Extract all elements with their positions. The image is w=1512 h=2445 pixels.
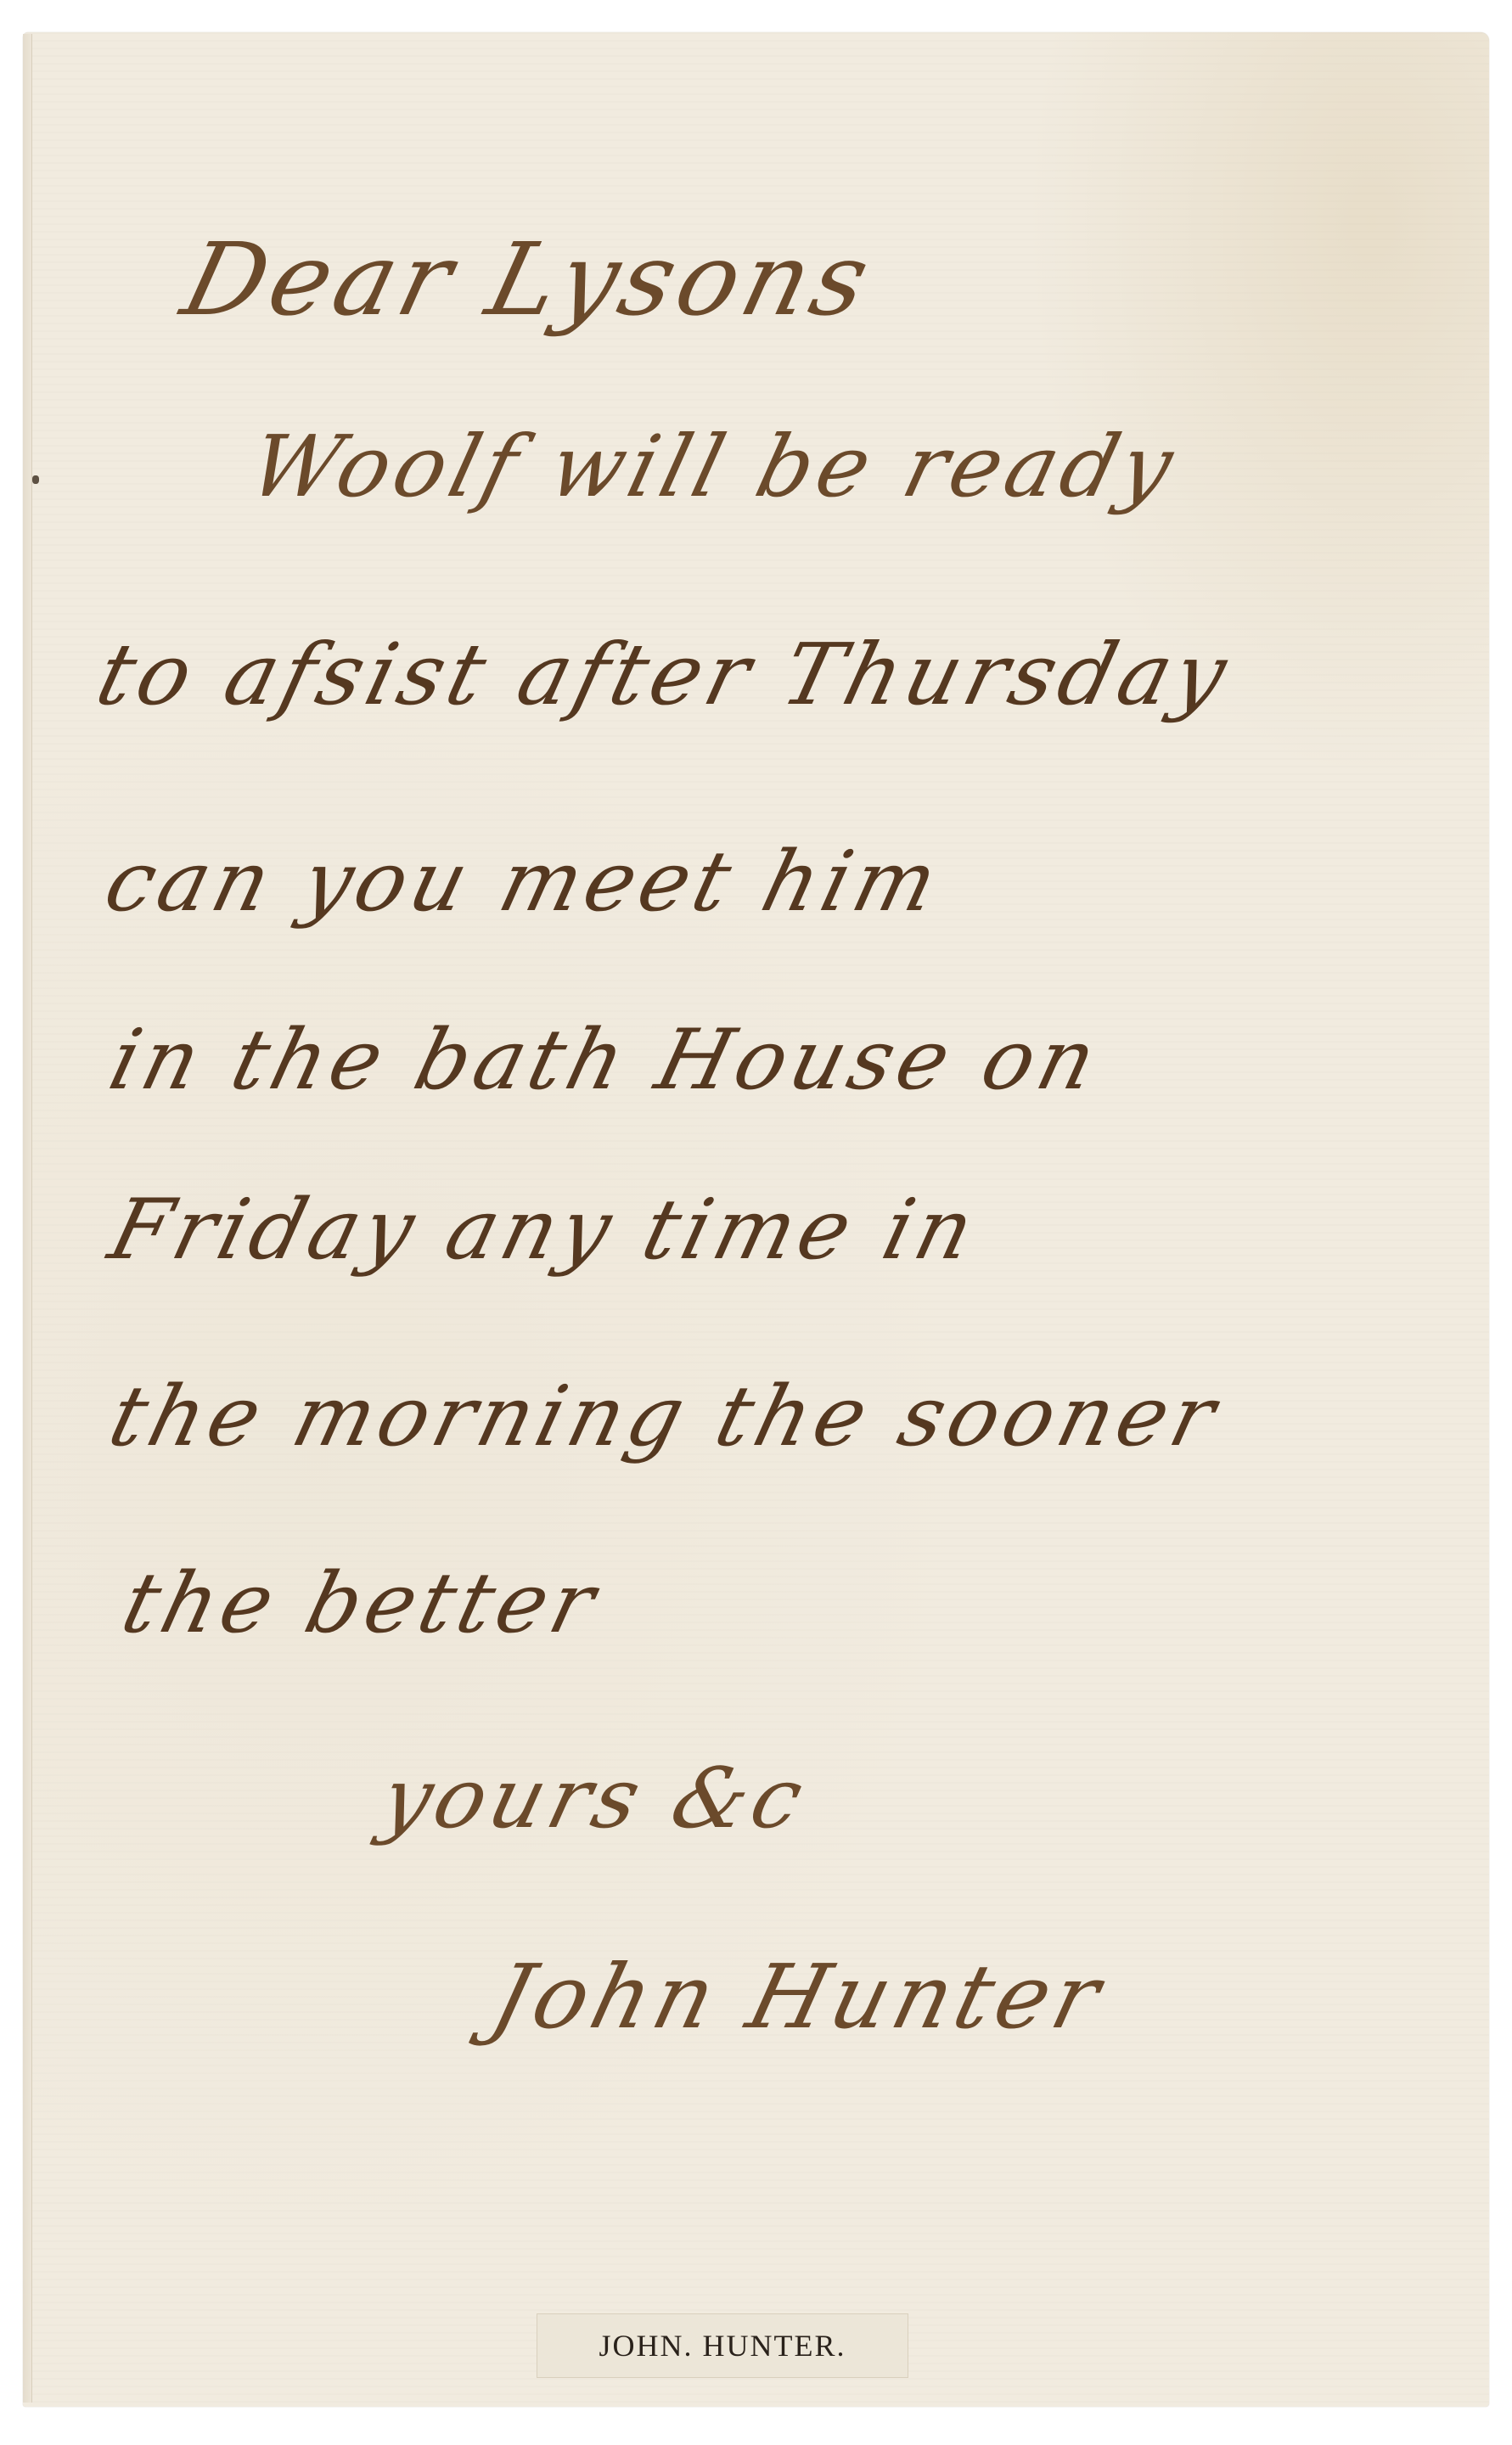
salutation: Dear Lysons [174,229,883,329]
letter-line-5: Friday any time in [102,1189,986,1272]
signature: John Hunter [484,1953,1113,2041]
letter-line-7: the better [115,1562,607,1645]
paper-left-edge [23,34,32,2403]
letter-line-4: in the bath House on [102,1019,1109,1102]
letter-line-2: to afsist after Thursday [89,632,1239,717]
letter-line-6: the morning the sooner [102,1375,1228,1459]
printed-name-text: JOHN. HUNTER. [599,2328,846,2363]
printed-name-label: JOHN. HUNTER. [537,2313,908,2378]
letter-line-3: can you meet him [98,840,949,924]
ink-blot [32,475,39,484]
letter-line-1: Woolf will be ready [242,424,1186,509]
closing: yours &c [374,1757,815,1841]
